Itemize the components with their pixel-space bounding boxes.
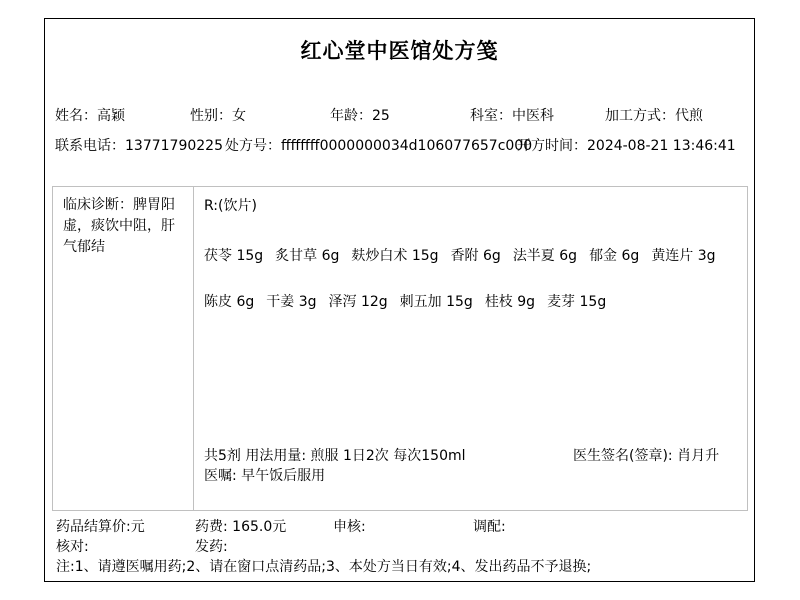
herb-item: 法半夏 6g: [513, 245, 577, 265]
instruction-line: 医嘱: 早午饭后服用: [204, 466, 466, 486]
herb-item: 炙甘草 6g: [275, 245, 339, 265]
herb-item: 桂枝 9g: [485, 291, 535, 311]
field-dispense: 发药:: [195, 536, 228, 556]
prescription-cell: R:(饮片) 茯苓 15g炙甘草 6g麸炒白术 15g香附 6g法半夏 6g郁金…: [194, 187, 747, 510]
page-title: 红心堂中医馆处方笺: [45, 35, 754, 65]
prescription-sheet: 红心堂中医馆处方笺 姓名：高颖 性别：女 年龄：25 科室：中医科 加工方式：代…: [44, 18, 755, 582]
review-label: 申核:: [333, 519, 366, 535]
herb-item: 干姜 3g: [266, 291, 316, 311]
rx-number-value: ffffffff0000000034d106077657c000: [281, 138, 532, 154]
doctor-signature-label: 医生签名(签章):: [573, 448, 673, 464]
medicine-fee-value: 165.0元: [232, 519, 286, 535]
processing-method-value: 代煎: [675, 108, 703, 124]
doctor-signature-value: 肖月升: [677, 448, 719, 464]
gender-value: 女: [232, 108, 246, 124]
dose-count: 共5剂: [204, 448, 241, 464]
field-phone: 联系电话：13771790225: [55, 135, 223, 155]
field-settlement-price: 药品结算价:元: [56, 516, 145, 536]
instruction-value: 早午饭后服用: [241, 468, 325, 484]
settlement-price-value: 元: [131, 519, 145, 535]
field-age: 年龄：25: [330, 105, 390, 125]
dispense-prep-label: 调配:: [473, 519, 506, 535]
patient-name-value: 高颖: [97, 108, 125, 124]
herb-item: 陈皮 6g: [204, 291, 254, 311]
medicine-fee-label: 药费:: [195, 519, 228, 535]
herb-item: 香附 6g: [451, 245, 501, 265]
issue-time-value: 2024-08-21 13:46:41: [587, 138, 736, 154]
age-label: 年龄：: [330, 108, 372, 124]
patient-name-label: 姓名：: [55, 108, 97, 124]
herb-item: 茯苓 15g: [204, 245, 263, 265]
usage-value: 煎服 1日2次 每次150ml: [311, 448, 466, 464]
department-label: 科室：: [470, 108, 512, 124]
field-patient-name: 姓名：高颖: [55, 105, 125, 125]
clinical-diagnosis-cell: 临床诊断：脾胃阳虚，痰饮中阻，肝气郁结: [53, 187, 194, 510]
field-check: 核对:: [56, 536, 89, 556]
processing-method-label: 加工方式：: [605, 108, 675, 124]
department-value: 中医科: [512, 108, 554, 124]
phone-value: 13771790225: [125, 138, 223, 154]
herb-item: 泽泻 12g: [329, 291, 388, 311]
check-label: 核对:: [56, 539, 89, 555]
prescription-table: 临床诊断：脾胃阳虚，痰饮中阻，肝气郁结 R:(饮片) 茯苓 15g炙甘草 6g麸…: [52, 186, 748, 511]
field-department: 科室：中医科: [470, 105, 554, 125]
field-issue-time: 开方时间：2024-08-21 13:46:41: [517, 135, 736, 155]
age-value: 25: [372, 108, 390, 124]
dispense-label: 发药:: [195, 539, 228, 555]
field-processing-method: 加工方式：代煎: [605, 105, 703, 125]
field-gender: 性别：女: [190, 105, 246, 125]
field-rx-number: 处方号：ffffffff0000000034d106077657c000: [225, 135, 532, 155]
usage-line: 共5剂 用法用量: 煎服 1日2次 每次150ml: [204, 446, 466, 466]
herb-item: 刺五加 15g: [400, 291, 473, 311]
herb-item: 麸炒白术 15g: [351, 245, 438, 265]
instruction-label: 医嘱:: [204, 468, 237, 484]
usage-label: 用法用量:: [245, 448, 306, 464]
doctor-signature-block: 医生签名(签章): 肖月升: [573, 446, 723, 466]
herb-item: 麦芽 15g: [547, 291, 606, 311]
phone-label: 联系电话：: [55, 138, 125, 154]
settlement-price-label: 药品结算价:: [56, 519, 131, 535]
usage-block: 共5剂 用法用量: 煎服 1日2次 每次150ml 医嘱: 早午饭后服用: [204, 446, 466, 486]
diagnosis-label: 临床诊断：: [63, 197, 133, 213]
field-dispense-prep: 调配:: [473, 516, 506, 536]
herb-list-line1: 茯苓 15g炙甘草 6g麸炒白术 15g香附 6g法半夏 6g郁金 6g黄连片 …: [204, 245, 733, 265]
field-medicine-fee: 药费: 165.0元: [195, 516, 286, 536]
footer-note: 注:1、请遵医嘱用药;2、请在窗口点清药品;3、本处方当日有效;4、发出药品不予…: [56, 556, 591, 576]
issue-time-label: 开方时间：: [517, 138, 587, 154]
rx-header: R:(饮片): [204, 195, 257, 215]
gender-label: 性别：: [190, 108, 232, 124]
herb-item: 黄连片 3g: [651, 245, 715, 265]
herb-item: 郁金 6g: [589, 245, 639, 265]
rx-number-label: 处方号：: [225, 138, 281, 154]
field-review: 申核:: [333, 516, 366, 536]
herb-list-line2: 陈皮 6g干姜 3g泽泻 12g刺五加 15g桂枝 9g麦芽 15g: [204, 291, 733, 311]
